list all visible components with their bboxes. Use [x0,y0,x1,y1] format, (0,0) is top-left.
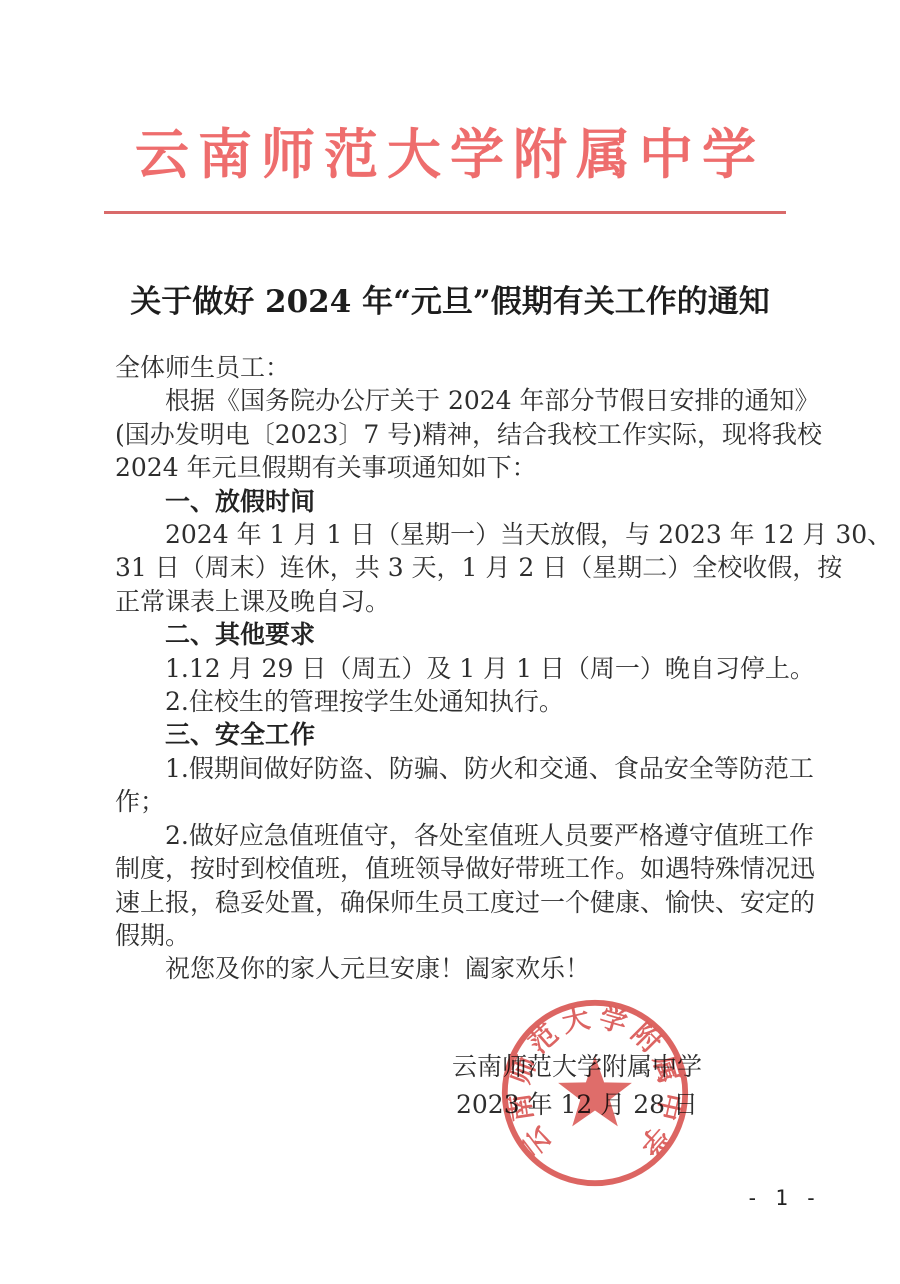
section-heading-1: 一、放假时间 [115,485,793,518]
body-line: 速上报，稳妥处置，确保师生员工度过一个健康、愉快、安定的 [115,886,793,919]
body-line: 31 日（周末）连休，共 3 天，1 月 2 日（星期二）全校收假，按 [115,551,793,584]
section-heading-3: 三、安全工作 [115,718,793,751]
body-line: 制度，按时到校值班，值班领导做好带班工作。如遇特殊情况迅 [115,852,793,885]
body-line: 2.住校生的管理按学生处通知执行。 [115,685,793,718]
body-line: 根据《国务院办公厅关于 2024 年部分节假日安排的通知》 [115,384,793,417]
body-line: 1.假期间做好防盗、防骗、防火和交通、食品安全等防范工 [115,752,793,785]
body-line: 2024 年 1 月 1 日（星期一）当天放假，与 2023 年 12 月 30… [115,518,793,551]
document-page: 云南师范大学附属中学 关于做好 2024 年“元旦”假期有关工作的通知 全体师生… [0,0,900,1284]
official-seal: 云南师范大学附属中学 [498,996,692,1190]
body-line: (国办发明电〔2023〕7 号)精神，结合我校工作实际，现将我校 [115,418,793,451]
section-heading-2: 二、其他要求 [115,618,793,651]
notice-title: 关于做好 2024 年“元旦”假期有关工作的通知 [0,276,900,321]
body-line: 2024 年元旦假期有关事项通知如下： [115,451,793,484]
body-line: 正常课表上课及晚自习。 [115,585,793,618]
notice-body: 全体师生员工： 根据《国务院办公厅关于 2024 年部分节假日安排的通知》 (国… [115,351,793,986]
body-line: 作； [115,785,793,818]
letterhead-divider-line [104,211,786,214]
salutation: 全体师生员工： [115,351,793,384]
letterhead-school-name: 云南师范大学附属中学 [0,112,900,189]
body-line: 假期。 [115,919,793,952]
body-line: 1.12 月 29 日（周五）及 1 月 1 日（周一）晚自习停上。 [115,652,793,685]
page-number: - 1 - [746,1186,819,1210]
body-line: 2.做好应急值班值守，各处室值班人员要严格遵守值班工作 [115,819,793,852]
closing-wish-line: 祝您及你的家人元旦安康！阖家欢乐！ [115,952,793,985]
star-icon [558,1056,632,1126]
